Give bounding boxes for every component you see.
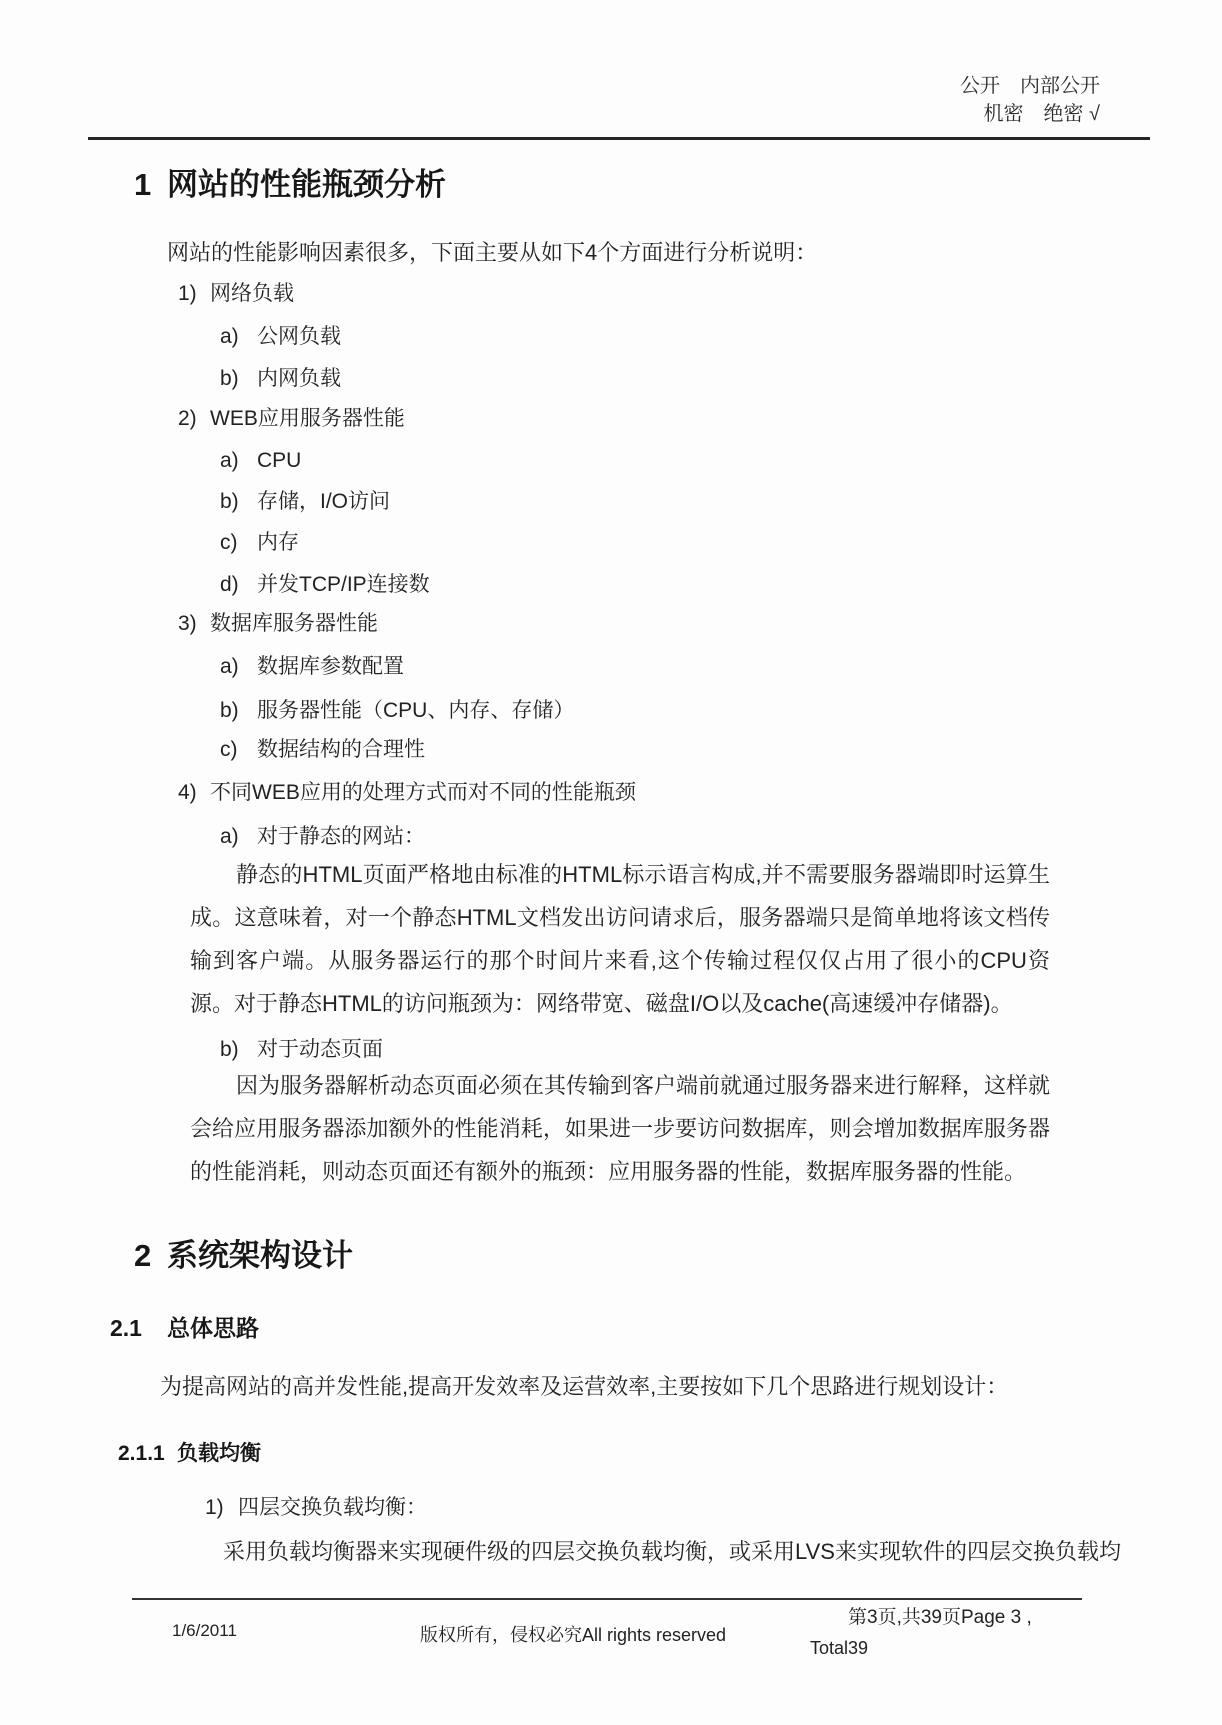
footer-page-info: 第3页,共39页Page 3 , [848, 1602, 1032, 1629]
list-item: b)内网负载 [220, 365, 341, 392]
heading-section-2-1-1: 2.1.1负载均衡 [118, 1440, 261, 1467]
heading-number: 2 [134, 1237, 167, 1275]
list-item-text: 对于静态的网站： [257, 825, 425, 848]
classification-row-public: 公开 内部公开 [960, 72, 1100, 100]
heading-section-2: 2系统架构设计 [134, 1237, 353, 1275]
list-item: b)存储，I/O访问 [220, 488, 390, 515]
list-marker: c) [220, 736, 257, 763]
list-marker: 3) [178, 610, 210, 637]
list-marker: 1) [178, 280, 210, 307]
list-marker: a) [220, 323, 257, 350]
list-item: 3)数据库服务器性能 [178, 610, 378, 637]
list-item-text: 四层交换负载均衡： [238, 1496, 427, 1519]
footer-total-pages: Total39 [810, 1638, 868, 1659]
heading-section-1: 1网站的性能瓶颈分析 [134, 166, 446, 204]
list-item: b)对于动态页面 [220, 1036, 383, 1063]
list-marker: 2) [178, 405, 210, 432]
list-item: b)服务器性能（CPU、内存、存储） [220, 697, 574, 724]
list-item-text: WEB应用服务器性能 [210, 407, 405, 430]
heading-title: 系统架构设计 [167, 1238, 353, 1273]
list-item: c)数据结构的合理性 [220, 736, 425, 763]
list-item-text: 内网负载 [257, 367, 341, 390]
list-item-text: 并发TCP/IP连接数 [257, 573, 430, 596]
list-item: a)CPU [220, 447, 301, 474]
document-page: 公开 内部公开 机密 绝密 √ 1网站的性能瓶颈分析 网站的性能影响因素很多，下… [0, 0, 1222, 1725]
list-item: a)对于静态的网站： [220, 823, 425, 850]
list-item: a)数据库参数配置 [220, 653, 404, 680]
list-item-text: 内存 [257, 531, 299, 554]
heading-number: 2.1.1 [118, 1440, 177, 1467]
list-marker: b) [220, 365, 257, 392]
list-item-text: 数据结构的合理性 [257, 738, 425, 761]
list-item: 2)WEB应用服务器性能 [178, 405, 405, 432]
list-item-text: 公网负载 [257, 325, 341, 348]
list-item-text: CPU [257, 449, 301, 472]
load-balancing-paragraph: 采用负载均衡器来实现硬件级的四层交换负载均衡，或采用LVS来实现软件的四层交换负… [177, 1537, 1177, 1567]
overall-idea-paragraph: 为提高网站的高并发性能,提高开发效率及运营效率,主要按如下几个思路进行规划设计： [160, 1372, 1170, 1401]
list-marker: c) [220, 529, 257, 556]
list-item-text: 数据库服务器性能 [210, 612, 378, 635]
list-item-text: 数据库参数配置 [257, 655, 404, 678]
heading-number: 1 [134, 166, 167, 204]
heading-section-2-1: 2.1总体思路 [110, 1313, 259, 1343]
heading-number: 2.1 [110, 1313, 167, 1343]
list-marker: 4) [178, 779, 210, 806]
classification-row-secret: 机密 绝密 √ [960, 100, 1100, 128]
list-item-text: 对于动态页面 [257, 1038, 383, 1061]
list-marker: 1) [205, 1494, 238, 1521]
static-site-paragraph: 静态的HTML页面严格地由标准的HTML标示语言构成,并不需要服务器端即时运算生… [190, 853, 1050, 1025]
header-rule [88, 137, 1150, 140]
list-marker: d) [220, 571, 257, 598]
footer-copyright: 版权所有，侵权必究All rights reserved [420, 1621, 726, 1647]
list-item: d)并发TCP/IP连接数 [220, 571, 430, 598]
list-item: a)公网负载 [220, 323, 341, 350]
list-item-text: 服务器性能（CPU、内存、存储） [257, 699, 574, 722]
list-marker: b) [220, 1036, 257, 1063]
footer-date: 1/6/2011 [172, 1621, 237, 1641]
list-marker: b) [220, 488, 257, 515]
list-marker: a) [220, 653, 257, 680]
classification-header: 公开 内部公开 机密 绝密 √ [960, 72, 1100, 128]
list-marker: b) [220, 697, 257, 724]
heading-title: 负载均衡 [177, 1442, 261, 1465]
list-marker: a) [220, 823, 257, 850]
list-item: 4)不同WEB应用的处理方式而对不同的性能瓶颈 [178, 779, 636, 806]
heading-title: 网站的性能瓶颈分析 [167, 167, 446, 202]
dynamic-page-paragraph: 因为服务器解析动态页面必须在其传输到客户端前就通过服务器来进行解释，这样就会给应… [190, 1064, 1050, 1193]
intro-paragraph: 网站的性能影响因素很多，下面主要从如下4个方面进行分析说明： [167, 238, 817, 267]
list-marker: a) [220, 447, 257, 474]
footer-rule [132, 1598, 1082, 1600]
list-item-text: 网络负载 [210, 282, 294, 305]
list-item-text: 存储，I/O访问 [257, 490, 390, 513]
list-item-text: 不同WEB应用的处理方式而对不同的性能瓶颈 [210, 781, 636, 804]
list-item: 1)网络负载 [178, 280, 294, 307]
list-item: 1)四层交换负载均衡： [205, 1494, 427, 1521]
heading-title: 总体思路 [167, 1315, 259, 1341]
list-item: c)内存 [220, 529, 299, 556]
